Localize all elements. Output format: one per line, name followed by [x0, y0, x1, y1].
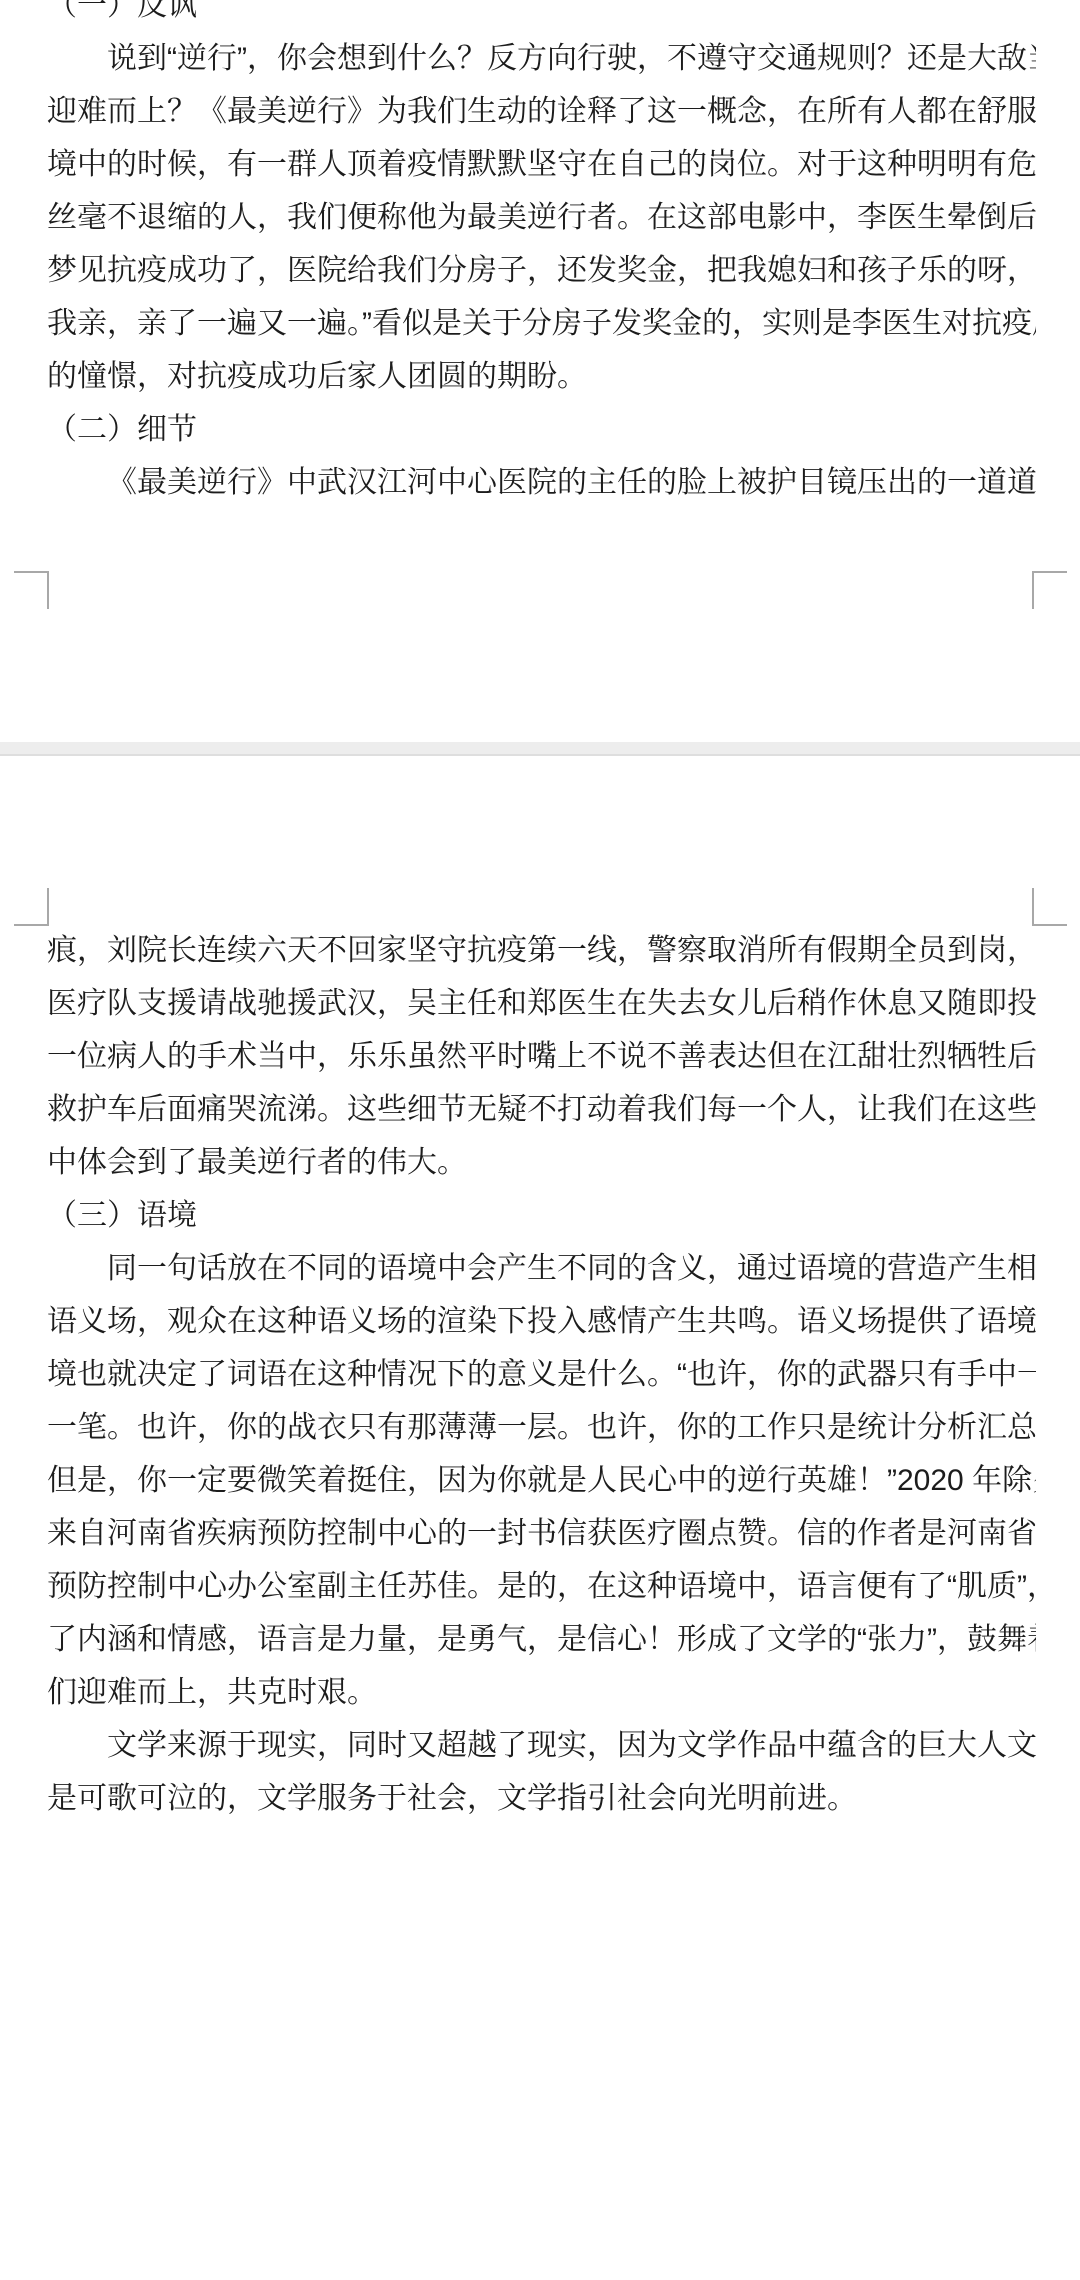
text-line: 丝毫不退缩的人，我们便称他为最美逆行者。在这部电影中，李医生晕倒后说：“我 [47, 191, 1036, 244]
page1-bottom-left-boundary-mark [14, 571, 49, 609]
text-line: 说到“逆行”，你会想到什么？反方向行驶，不遵守交通规则？还是大敌当前， [47, 32, 1036, 85]
text-line: 梦见抗疫成功了，医院给我们分房子，还发奖金，把我媳妇和孩子乐的呀，捧着 [47, 244, 1036, 297]
page1-bottom-right-boundary-mark [1032, 571, 1067, 609]
text-line: 了内涵和情感，语言是力量，是勇气，是信心！形成了文学的“张力”，鼓舞着我 [47, 1613, 1036, 1666]
page-2: 痕，刘院长连续六天不回家坚守抗疫第一线，警察取消所有假期全员到岗，广东 医疗队支… [47, 924, 1036, 1825]
text-line: 的憧憬，对抗疫成功后家人团圆的期盼。 [47, 350, 1036, 403]
page2-top-left-boundary-mark [14, 888, 49, 926]
text-line: 预防控制中心办公室副主任苏佳。是的，在这种语境中，语言便有了“肌质”，有 [47, 1560, 1036, 1613]
text-line: 医疗队支援请战驰援武汉，吴主任和郑医生在失去女儿后稍作休息又随即投入下 [47, 977, 1036, 1030]
text-line: 同一句话放在不同的语境中会产生不同的含义，通过语境的营造产生相关的 [47, 1242, 1036, 1295]
text-line: 迎难而上？《最美逆行》为我们生动的诠释了这一概念，在所有人都在舒服的环 [47, 85, 1036, 138]
text-line: 《最美逆行》中武汉江河中心医院的主任的脸上被护目镜压出的一道道血 [47, 456, 1036, 509]
section-heading: （三）语境 [47, 1189, 1036, 1242]
text-line: 但是，你一定要微笑着挺住，因为你就是人民心中的逆行英雄！”2020 年除夕夜， [47, 1454, 1036, 1507]
text-line: 来自河南省疾病预防控制中心的一封书信获医疗圈点赞。信的作者是河南省疾病 [47, 1507, 1036, 1560]
text-line: 痕，刘院长连续六天不回家坚守抗疫第一线，警察取消所有假期全员到岗，广东 [47, 924, 1036, 977]
page-1: （一）反讽 说到“逆行”，你会想到什么？反方向行驶，不遵守交通规则？还是大敌当前… [47, 0, 1036, 509]
text-line: 中体会到了最美逆行者的伟大。 [47, 1136, 1036, 1189]
page2-top-right-boundary-mark [1032, 888, 1067, 926]
section-heading: （二）细节 [47, 403, 1036, 456]
text-line: 们迎难而上，共克时艰。 [47, 1666, 1036, 1719]
section-heading: （一）反讽 [47, 0, 1036, 32]
text-line: 救护车后面痛哭流涕。这些细节无疑不打动着我们每一个人，让我们在这些细节 [47, 1083, 1036, 1136]
text-line: 文学来源于现实，同时又超越了现实，因为文学作品中蕴含的巨大人文意义 [47, 1719, 1036, 1772]
text-line: 我亲，亲了一遍又一遍。”看似是关于分房子发奖金的，实则是李医生对抗疫成功 [47, 297, 1036, 350]
text-line: 一位病人的手术当中，乐乐虽然平时嘴上不说不善表达但在江甜壮烈牺牲后追在 [47, 1030, 1036, 1083]
text-line: 境也就决定了词语在这种情况下的意义是什么。“也许，你的武器只有手中一纸 [47, 1348, 1036, 1401]
text-line: 是可歌可泣的，文学服务于社会，文学指引社会向光明前进。 [47, 1772, 1036, 1825]
page-separator [0, 742, 1080, 756]
document-viewport[interactable]: { "colors": { "text": "#1c1c1c", "page_b… [0, 0, 1080, 2280]
text-line: 一笔。也许，你的战衣只有那薄薄一层。也许，你的工作只是统计分析汇总…… [47, 1401, 1036, 1454]
text-line: 语义场，观众在这种语义场的渲染下投入感情产生共鸣。语义场提供了语境，语 [47, 1295, 1036, 1348]
text-line: 境中的时候，有一群人顶着疫情默默坚守在自己的岗位。对于这种明明有危险却 [47, 138, 1036, 191]
